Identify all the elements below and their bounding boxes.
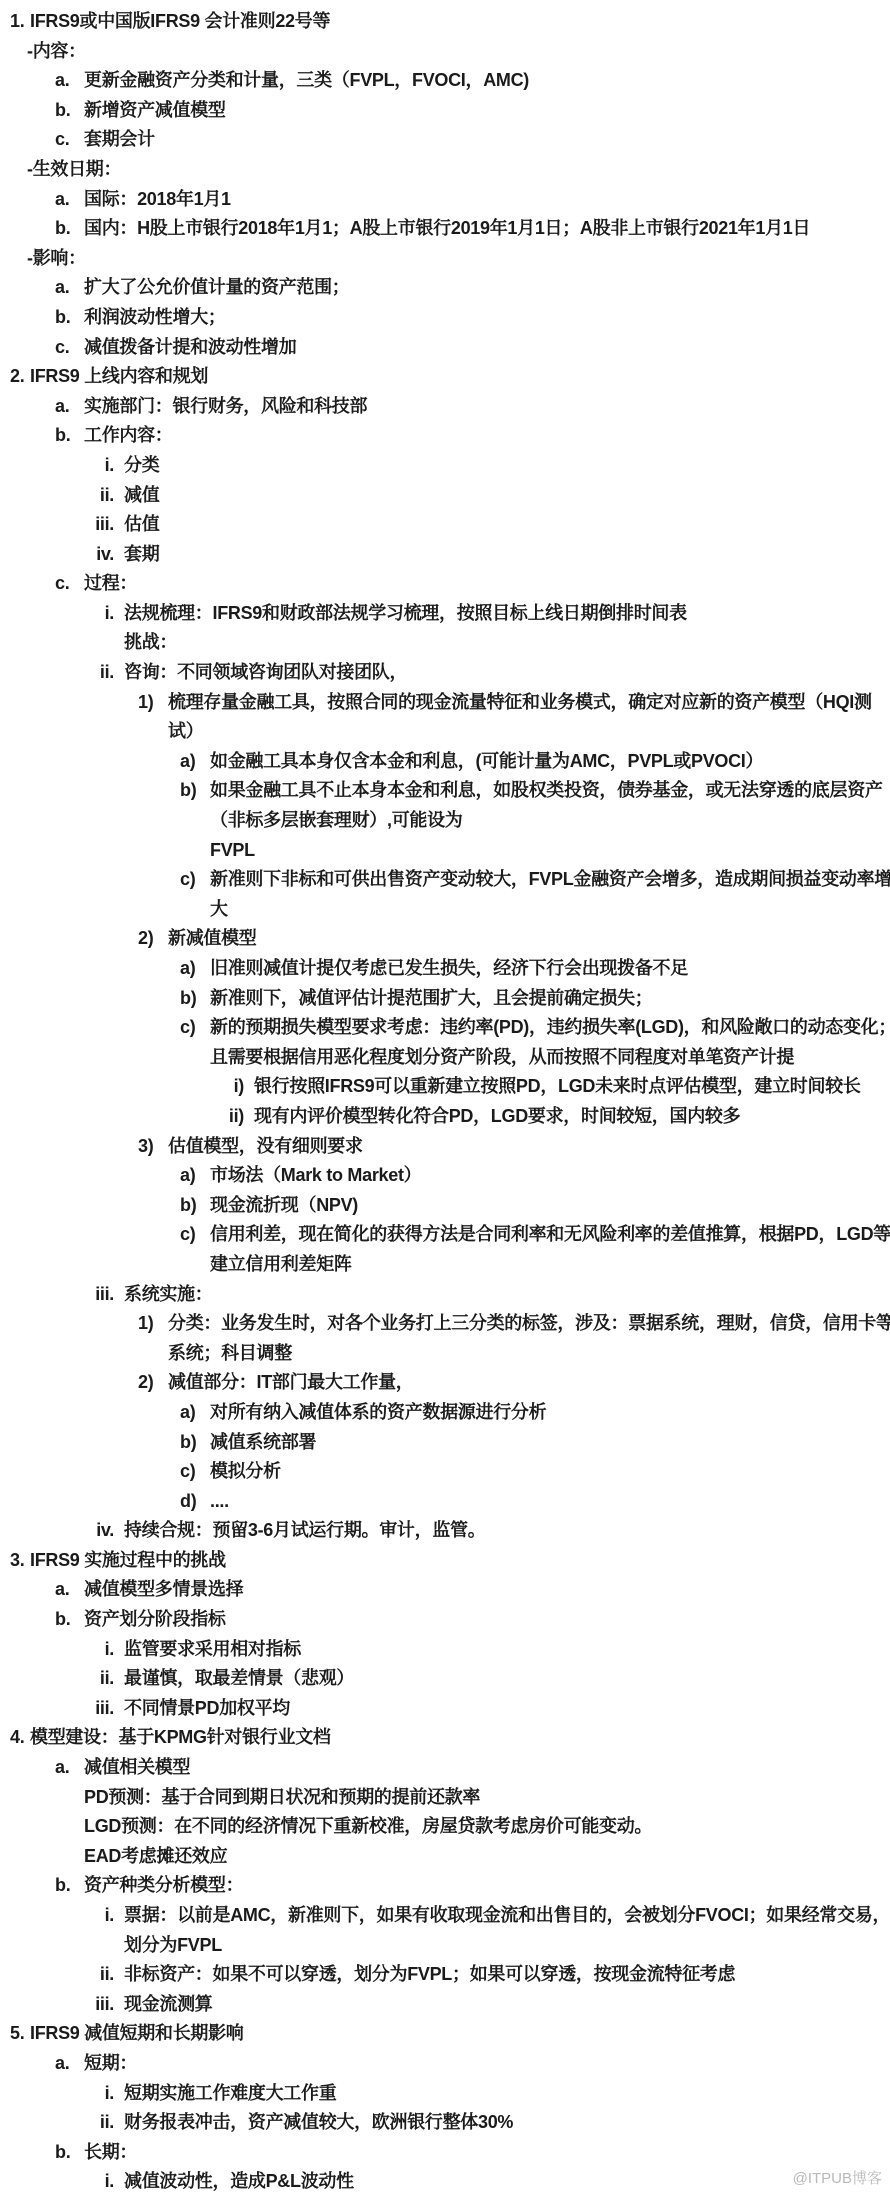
line-text: 持续合规：预留3-6月试运行期。审计，监管。: [124, 1520, 485, 1540]
line-text: 梳理存量金融工具，按照合同的现金流量特征和业务模式，确定对应新的资产模型（HQI…: [168, 692, 872, 712]
outline-line: a.减值相关模型: [0, 1753, 890, 1783]
outline-line: iv.套期: [0, 540, 890, 570]
line-text: 资产种类分析模型：: [84, 1875, 243, 1895]
line-text: 减值系统部署: [210, 1432, 316, 1452]
list-marker: a): [180, 1398, 195, 1428]
outline-line: PD预测：基于合同到期日状况和预期的提前还款率: [0, 1783, 890, 1813]
list-marker: 2.: [10, 362, 24, 392]
list-marker: a.: [55, 1575, 69, 1605]
line-text: 减值模型多情景选择: [84, 1579, 243, 1599]
outline-line: -生效日期：: [0, 155, 890, 185]
line-text: 实施部门：银行财务，风险和科技部: [84, 396, 367, 416]
line-text: 财务报表冲击，资产减值较大，欧洲银行整体30%: [124, 2112, 513, 2132]
outline-line: 大: [0, 895, 890, 925]
list-marker: iii.: [0, 1694, 114, 1724]
line-text: 法规梳理：IFRS9和财政部法规学习梳理，按照目标上线日期倒排时间表: [124, 603, 687, 623]
line-text: 利润波动性增大；: [84, 307, 226, 327]
outline-line: i.法规梳理：IFRS9和财政部法规学习梳理，按照目标上线日期倒排时间表: [0, 599, 890, 629]
list-marker: b): [180, 1428, 196, 1458]
outline-line: 3)估值模型，没有细则要求: [0, 1132, 890, 1162]
outline-line: iv.持续合规：预留3-6月试运行期。审计，监管。: [0, 1516, 890, 1546]
line-text: IFRS9 实施过程中的挑战: [30, 1550, 226, 1570]
list-marker: c.: [55, 569, 69, 599]
outline-line: ii.减值: [0, 481, 890, 511]
list-marker: b.: [55, 96, 70, 126]
line-text: 估值模型，没有细则要求: [168, 1136, 363, 1156]
list-marker: i.: [0, 1901, 114, 1931]
line-text: 新减值模型: [168, 928, 257, 948]
line-text: 咨询：不同领域咨询团队对接团队，: [124, 662, 407, 682]
line-text: 现金流折现（NPV): [210, 1195, 358, 1215]
list-marker: 1): [138, 688, 153, 718]
outline-line: iii.系统实施：: [0, 1280, 890, 1310]
list-marker: 2): [138, 924, 153, 954]
list-marker: i.: [0, 599, 114, 629]
outline-document: 1.IFRS9或中国版IFRS9 会计准则22号等-内容：a.更新金融资产分类和…: [0, 0, 890, 2197]
outline-line: 且需要根据信用恶化程度划分资产阶段，从而按照不同程度对单笔资产计提: [0, 1043, 890, 1073]
line-text: -影响：: [27, 248, 86, 268]
list-marker: a): [180, 747, 195, 777]
list-marker: iv.: [0, 1516, 114, 1546]
outline-line: c.过程：: [0, 569, 890, 599]
outline-line: i)银行按照IFRS9可以重新建立按照PD，LGD未来时点评估模型，建立时间较长: [0, 1072, 890, 1102]
line-text: -生效日期：: [27, 159, 121, 179]
outline-line: 1.IFRS9或中国版IFRS9 会计准则22号等: [0, 7, 890, 37]
outline-line: 2.IFRS9 上线内容和规划: [0, 362, 890, 392]
list-marker: b): [180, 1191, 196, 1221]
line-text: 减值拨备计提和波动性增加: [84, 337, 296, 357]
outline-line: ii.最谨慎，取最差情景（悲观）: [0, 1664, 890, 1694]
outline-line: a.实施部门：银行财务，风险和科技部: [0, 392, 890, 422]
outline-line: b)如果金融工具不止本身本金和利息，如股权类投资，债券基金，或无法穿透的底层资产: [0, 776, 890, 806]
line-text: EAD考虑摊还效应: [84, 1846, 227, 1866]
outline-line: b.工作内容：: [0, 421, 890, 451]
outline-line: b.新增资产减值模型: [0, 96, 890, 126]
outline-line: 挑战：: [0, 628, 890, 658]
outline-line: b)现金流折现（NPV): [0, 1191, 890, 1221]
line-text: 新的预期损失模型要求考虑：违约率(PD)，违约损失率(LGD)，和风险敞口的动态…: [210, 1017, 890, 1037]
list-marker: a): [180, 954, 195, 984]
line-text: 划分为FVPL: [124, 1935, 222, 1955]
line-text: 且需要根据信用恶化程度划分资产阶段，从而按照不同程度对单笔资产计提: [210, 1047, 794, 1067]
outline-line: LGD预测：在不同的经济情况下重新校准，房屋贷款考虑房价可能变动。: [0, 1812, 890, 1842]
list-marker: c.: [55, 125, 69, 155]
list-marker: b.: [55, 1605, 70, 1635]
list-marker: a.: [55, 185, 69, 215]
line-text: 非标资产：如果不可以穿透，划分为FVPL；如果可以穿透，按现金流特征考虑: [124, 1964, 735, 1984]
outline-line: i.减值波动性，造成P&L波动性: [0, 2167, 890, 2197]
outline-line: 2)新减值模型: [0, 924, 890, 954]
line-text: 现有内评价模型转化符合PD，LGD要求，时间较短，国内较多: [254, 1106, 740, 1126]
line-text: 估值: [124, 514, 159, 534]
outline-line: ii.咨询：不同领域咨询团队对接团队，: [0, 658, 890, 688]
list-marker: 3): [138, 1132, 153, 1162]
line-text: 套期: [124, 544, 159, 564]
list-marker: i.: [0, 1635, 114, 1665]
outline-line: 试）: [0, 717, 890, 747]
line-text: 短期：: [84, 2053, 137, 2073]
list-marker: c): [180, 1220, 195, 1250]
outline-line: a.更新金融资产分类和计量，三类（FVPL，FVOCI，AMC): [0, 66, 890, 96]
list-marker: ii.: [0, 1960, 114, 1990]
list-marker: b.: [55, 421, 70, 451]
line-text: 减值部分：IT部门最大工作量，: [168, 1372, 414, 1392]
outline-line: a)如金融工具本身仅含本金和利息，(可能计量为AMC，PVPL或PVOCI）: [0, 747, 890, 777]
outline-line: -影响：: [0, 244, 890, 274]
line-text: 监管要求采用相对指标: [124, 1639, 301, 1659]
line-text: 大: [210, 899, 228, 919]
outline-line: a.减值模型多情景选择: [0, 1575, 890, 1605]
line-text: 银行按照IFRS9可以重新建立按照PD，LGD未来时点评估模型，建立时间较长: [254, 1076, 861, 1096]
outline-line: 系统；科目调整: [0, 1339, 890, 1369]
outline-line: i.短期实施工作难度大工作重: [0, 2079, 890, 2109]
outline-line: a)旧准则减值计提仅考虑已发生损失，经济下行会出现拨备不足: [0, 954, 890, 984]
outline-line: a.扩大了公允价值计量的资产范围；: [0, 273, 890, 303]
line-text: 分类: [124, 455, 159, 475]
outline-line: c)新的预期损失模型要求考虑：违约率(PD)，违约损失率(LGD)，和风险敞口的…: [0, 1013, 890, 1043]
list-marker: b.: [55, 1871, 70, 1901]
line-text: 更新金融资产分类和计量，三类（FVPL，FVOCI，AMC): [84, 70, 529, 90]
list-marker: i.: [0, 2167, 114, 2197]
list-marker: b): [180, 984, 196, 1014]
line-text: 系统；科目调整: [168, 1343, 292, 1363]
outline-line: -内容：: [0, 37, 890, 67]
line-text: 挑战：: [124, 632, 177, 652]
line-text: FVPL: [210, 840, 255, 860]
list-marker: i): [0, 1072, 244, 1102]
outline-line: 5.IFRS9 减值短期和长期影响: [0, 2019, 890, 2049]
list-marker: c.: [55, 333, 69, 363]
list-marker: ii.: [0, 2108, 114, 2138]
line-text: 模拟分析: [210, 1461, 281, 1481]
line-text: 票据：以前是AMC，新准则下，如果有收取现金流和出售目的，会被划分FVOCI；如…: [124, 1905, 890, 1925]
line-text: 套期会计: [84, 129, 155, 149]
line-text: 减值: [124, 485, 159, 505]
outline-line: i.分类: [0, 451, 890, 481]
outline-line: 3.IFRS9 实施过程中的挑战: [0, 1546, 890, 1576]
line-text: 如金融工具本身仅含本金和利息，(可能计量为AMC，PVPL或PVOCI）: [210, 751, 763, 771]
line-text: 对所有纳入减值体系的资产数据源进行分析: [210, 1402, 546, 1422]
line-text: 工作内容：: [84, 425, 173, 445]
line-text: 减值波动性，造成P&L波动性: [124, 2171, 354, 2191]
outline-line: d)....: [0, 1487, 890, 1517]
outline-line: ii)现有内评价模型转化符合PD，LGD要求，时间较短，国内较多: [0, 1102, 890, 1132]
list-marker: c): [180, 865, 195, 895]
outline-line: 建立信用利差矩阵: [0, 1250, 890, 1280]
list-marker: ii.: [0, 481, 114, 511]
outline-line: ii.财务报表冲击，资产减值较大，欧洲银行整体30%: [0, 2108, 890, 2138]
outline-line: c)模拟分析: [0, 1457, 890, 1487]
outline-line: FVPL: [0, 836, 890, 866]
outline-line: a)市场法（Mark to Market）: [0, 1161, 890, 1191]
line-text: 系统实施：: [124, 1284, 213, 1304]
list-marker: a.: [55, 1753, 69, 1783]
list-marker: 4.: [10, 1723, 24, 1753]
line-text: 新增资产减值模型: [84, 100, 226, 120]
line-text: 建立信用利差矩阵: [210, 1254, 352, 1274]
list-marker: 3.: [10, 1546, 24, 1576]
line-text: PD预测：基于合同到期日状况和预期的提前还款率: [84, 1787, 480, 1807]
outline-line: c.套期会计: [0, 125, 890, 155]
list-marker: a.: [55, 273, 69, 303]
line-text: -内容：: [27, 41, 86, 61]
line-text: 短期实施工作难度大工作重: [124, 2083, 336, 2103]
list-marker: b): [180, 776, 196, 806]
outline-line: c.减值拨备计提和波动性增加: [0, 333, 890, 363]
outline-line: a)对所有纳入减值体系的资产数据源进行分析: [0, 1398, 890, 1428]
outline-line: b)新准则下，减值评估计提范围扩大，且会提前确定损失；: [0, 984, 890, 1014]
outline-line: 1)梳理存量金融工具，按照合同的现金流量特征和业务模式，确定对应新的资产模型（H…: [0, 688, 890, 718]
line-text: （非标多层嵌套理财）,可能设为: [210, 810, 463, 830]
watermark: @ITPUB博客: [793, 2167, 882, 2188]
line-text: 新准则下，减值评估计提范围扩大，且会提前确定损失；: [210, 988, 653, 1008]
outline-line: b.长期：: [0, 2138, 890, 2168]
line-text: 扩大了公允价值计量的资产范围；: [84, 277, 350, 297]
outline-line: a.国际：2018年1月1: [0, 185, 890, 215]
list-marker: b.: [55, 303, 70, 333]
line-text: 如果金融工具不止本身本金和利息，如股权类投资，债券基金，或无法穿透的底层资产: [210, 780, 883, 800]
list-marker: i.: [0, 2079, 114, 2109]
line-text: 不同情景PD加权平均: [124, 1698, 290, 1718]
list-marker: a.: [55, 66, 69, 96]
outline-line: iii.估值: [0, 510, 890, 540]
list-marker: ii): [0, 1102, 244, 1132]
outline-line: c)信用利差，现在简化的获得方法是合同利率和无风险利率的差值推算，根据PD，LG…: [0, 1220, 890, 1250]
list-marker: a.: [55, 392, 69, 422]
list-marker: b.: [55, 2138, 70, 2168]
line-text: 过程：: [84, 573, 137, 593]
outline-line: 2)减值部分：IT部门最大工作量，: [0, 1368, 890, 1398]
outline-line: iii.不同情景PD加权平均: [0, 1694, 890, 1724]
outline-line: 划分为FVPL: [0, 1931, 890, 1961]
list-marker: c): [180, 1457, 195, 1487]
line-text: 资产划分阶段指标: [84, 1609, 226, 1629]
line-text: 市场法（Mark to Market）: [210, 1165, 421, 1185]
outline-line: a.短期：: [0, 2049, 890, 2079]
line-text: 模型建设：基于KPMG针对银行业文档: [30, 1727, 331, 1747]
outline-line: b)减值系统部署: [0, 1428, 890, 1458]
list-marker: iii.: [0, 1280, 114, 1310]
list-marker: iii.: [0, 1990, 114, 2020]
outline-line: EAD考虑摊还效应: [0, 1842, 890, 1872]
outline-line: ii.非标资产：如果不可以穿透，划分为FVPL；如果可以穿透，按现金流特征考虑: [0, 1960, 890, 1990]
list-marker: c): [180, 1013, 195, 1043]
list-marker: ii.: [0, 658, 114, 688]
line-text: 试）: [168, 721, 203, 741]
outline-line: 4.模型建设：基于KPMG针对银行业文档: [0, 1723, 890, 1753]
list-marker: d): [180, 1487, 196, 1517]
outline-line: i.票据：以前是AMC，新准则下，如果有收取现金流和出售目的，会被划分FVOCI…: [0, 1901, 890, 1931]
outline-line: c)新准则下非标和可供出售资产变动较大，FVPL金融资产会增多，造成期间损益变动…: [0, 865, 890, 895]
line-text: 现金流测算: [124, 1994, 213, 2014]
outline-line: b.利润波动性增大；: [0, 303, 890, 333]
line-text: 最谨慎，取最差情景（悲观）: [124, 1668, 354, 1688]
list-marker: a): [180, 1161, 195, 1191]
line-text: 国际：2018年1月1: [84, 189, 231, 209]
list-marker: b.: [55, 214, 70, 244]
list-marker: 1.: [10, 7, 24, 37]
line-text: 国内：H股上市银行2018年1月1；A股上市银行2019年1月1日；A股非上市银…: [84, 218, 810, 238]
line-text: 新准则下非标和可供出售资产变动较大，FVPL金融资产会增多，造成期间损益变动率增: [210, 869, 890, 889]
line-text: IFRS9 上线内容和规划: [30, 366, 208, 386]
list-marker: i.: [0, 451, 114, 481]
line-text: 信用利差，现在简化的获得方法是合同利率和无风险利率的差值推算，根据PD，LGD等: [210, 1224, 890, 1244]
list-marker: 5.: [10, 2019, 24, 2049]
list-marker: iv.: [0, 540, 114, 570]
list-marker: 2): [138, 1368, 153, 1398]
line-text: IFRS9或中国版IFRS9 会计准则22号等: [30, 11, 330, 31]
line-text: LGD预测：在不同的经济情况下重新校准，房屋贷款考虑房价可能变动。: [84, 1816, 652, 1836]
list-marker: 1): [138, 1309, 153, 1339]
outline-line: iii.现金流测算: [0, 1990, 890, 2020]
outline-line: b.资产种类分析模型：: [0, 1871, 890, 1901]
line-text: 分类：业务发生时，对各个业务打上三分类的标签，涉及：票据系统，理财，信贷，信用卡…: [168, 1313, 890, 1333]
line-text: ....: [210, 1491, 229, 1511]
outline-line: b.资产划分阶段指标: [0, 1605, 890, 1635]
line-text: 长期：: [84, 2142, 137, 2162]
outline-line: i.监管要求采用相对指标: [0, 1635, 890, 1665]
list-marker: a.: [55, 2049, 69, 2079]
list-marker: iii.: [0, 510, 114, 540]
outline-line: b.国内：H股上市银行2018年1月1；A股上市银行2019年1月1日；A股非上…: [0, 214, 890, 244]
outline-line: 1)分类：业务发生时，对各个业务打上三分类的标签，涉及：票据系统，理财，信贷，信…: [0, 1309, 890, 1339]
line-text: 减值相关模型: [84, 1757, 190, 1777]
list-marker: ii.: [0, 1664, 114, 1694]
line-text: 旧准则减值计提仅考虑已发生损失，经济下行会出现拨备不足: [210, 958, 688, 978]
line-text: IFRS9 减值短期和长期影响: [30, 2023, 244, 2043]
outline-line: （非标多层嵌套理财）,可能设为: [0, 806, 890, 836]
